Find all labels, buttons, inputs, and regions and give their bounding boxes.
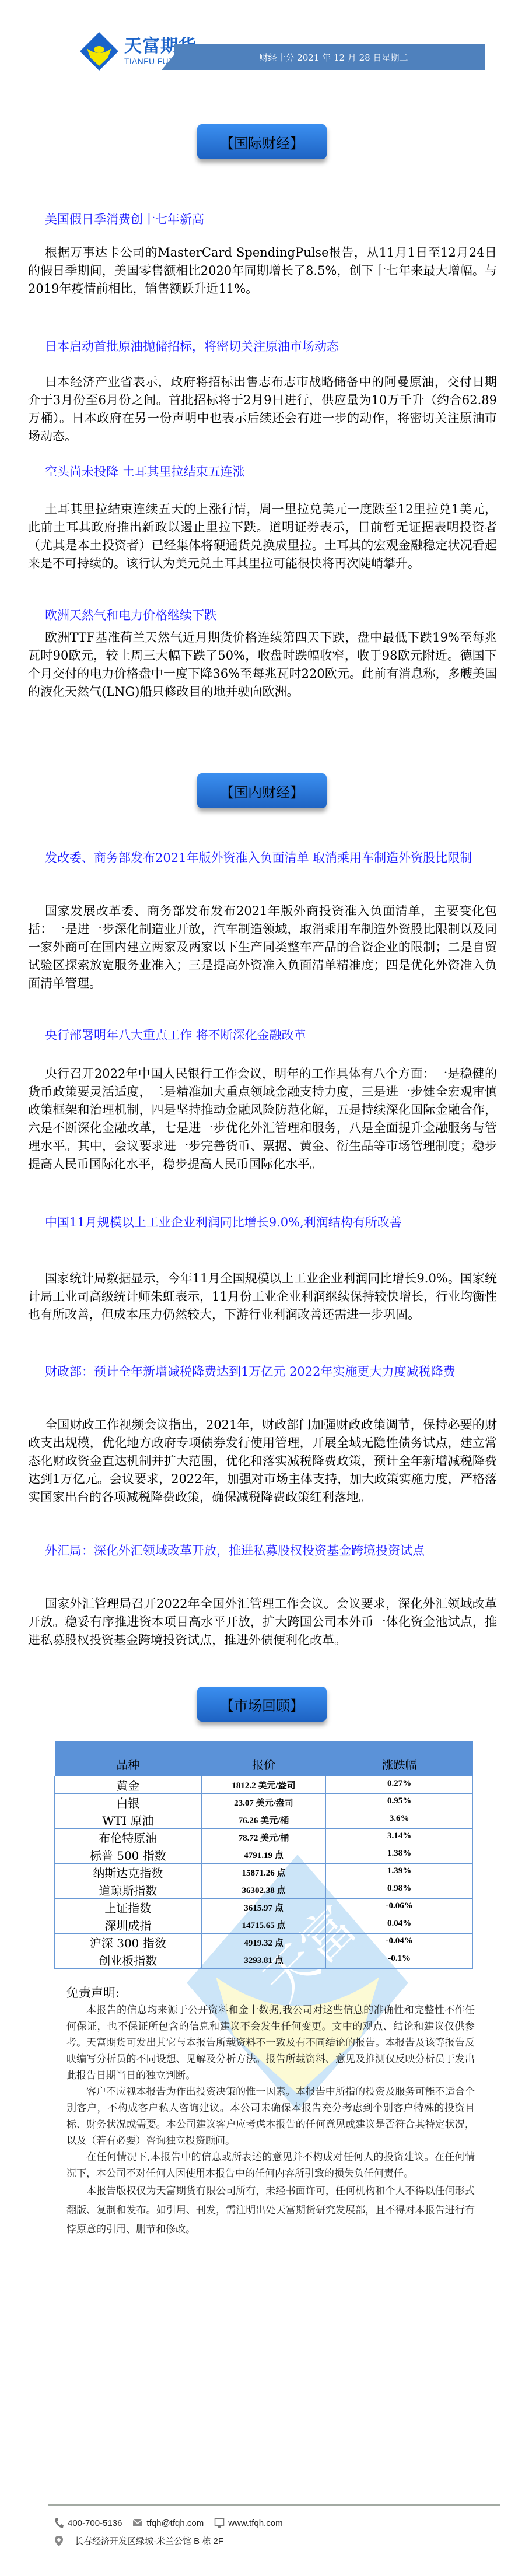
table-row: 沪深 300 指数4919.32 点-0.04% — [55, 1933, 473, 1951]
article-domestic-2-body: 央行召开2022年中国人民银行工作会议，明年的工作具体有八个方面：一是稳健的货币… — [28, 1065, 497, 1173]
disclaimer-paragraph: 在任何情况下,本报告中的信息或所表述的意见并不构成对任何人的投资建议。在任何情况… — [66, 2149, 475, 2182]
phone-number[interactable]: 400-700-5136 — [68, 2518, 122, 2528]
table-row: 标普 500 指数4791.19 点1.38% — [55, 1846, 473, 1863]
table-row: 上证指数3615.97 点-0.06% — [55, 1898, 473, 1916]
article-domestic-1-body: 国家发展改革委、商务部发布发布2021年版外商投资准入负面清单，主要变化包括：一… — [28, 902, 497, 993]
instrument-price: 76.26 美元/桶 — [201, 1811, 326, 1828]
instrument-change: -0.1% — [326, 1951, 473, 1968]
instrument-name: WTI 原油 — [55, 1811, 202, 1828]
section-title-international: 【国际财经】 — [197, 124, 327, 159]
table-row: 纳斯达克指数15871.26 点1.39% — [55, 1863, 473, 1881]
article-international-1-body: 根据万事达卡公司的MasterCard SpendingPulse报告，从11月… — [28, 244, 497, 298]
footer-divider — [48, 2504, 501, 2506]
logo-diamond-icon — [79, 31, 120, 72]
instrument-change: 3.6% — [326, 1811, 473, 1828]
instrument-name: 黄金 — [55, 1776, 202, 1793]
instrument-name: 布伦特原油 — [55, 1828, 202, 1846]
website-link[interactable]: www.tfqh.com — [228, 2518, 282, 2528]
article-international-2: 日本启动首批原油抛储招标，将密切关注原油市场动态 — [28, 337, 497, 356]
article-international-1: 美国假日季消费创十七年新高 — [28, 210, 278, 229]
table-row: WTI 原油76.26 美元/桶3.6% — [55, 1811, 473, 1828]
table-row: 白银23.07 美元/盎司0.95% — [55, 1793, 473, 1811]
article-body: 国家外汇管理局召开2022年全国外汇管理工作会议。会议要求，深化外汇领域改革开放… — [28, 1595, 497, 1649]
article-body: 央行召开2022年中国人民银行工作会议，明年的工作具体有八个方面：一是稳健的货币… — [28, 1065, 497, 1173]
footer-email: tfqh@tfqh.com — [132, 2517, 204, 2529]
instrument-change: 1.39% — [326, 1863, 473, 1881]
disclaimer-paragraph: 客户不应视本报告为作出投资决策的惟一因素。本报告中所指的投资及服务可能不适合个别… — [66, 2084, 475, 2149]
disclaimer-title: 免责声明: — [66, 1985, 475, 2001]
address-text: 长春经济开发区绿城·米兰公馆 B 栋 2F — [75, 2535, 223, 2547]
article-headline: 外汇局：深化外汇领域改革开放，推进私募股权投资基金跨境投资试点 — [28, 1541, 497, 1560]
article-domestic-5: 外汇局：深化外汇领域改革开放，推进私募股权投资基金跨境投资试点 — [28, 1541, 497, 1560]
article-international-2-body: 日本经济产业省表示，政府将招标出售志布志市战略储备中的阿曼原油，交付日期介于3月… — [28, 373, 497, 446]
instrument-price: 4791.19 点 — [201, 1846, 326, 1863]
article-body: 国家统计局数据显示，今年11月全国规模以上工业企业利润同比增长9.0%。国家统计… — [28, 1270, 497, 1324]
instrument-name: 上证指数 — [55, 1898, 202, 1916]
email-link[interactable]: tfqh@tfqh.com — [146, 2518, 204, 2528]
article-body: 土耳其里拉结束连续五天的上涨行情，周一里拉兑美元一度跌至12里拉兑1美元，此前土… — [28, 500, 497, 573]
instrument-price: 1812.2 美元/盎司 — [201, 1776, 326, 1793]
section-title-domestic: 【国内财经】 — [197, 773, 327, 808]
disclaimer: 免责声明: 本报告的信息均来源于公开资料和金十数据,我公司对这些信息的准确性和完… — [66, 1985, 475, 2239]
article-domestic-2: 央行部署明年八大重点工作 将不断深化金融改革 — [28, 1026, 497, 1045]
location-pin-icon — [54, 2535, 64, 2547]
instrument-name: 创业板指数 — [55, 1951, 202, 1968]
disclaimer-paragraph: 本报告版权仅为天富期货有限公司所有，未经书面许可，任何机构和个人不得以任何形式翻… — [66, 2182, 475, 2239]
instrument-price: 23.07 美元/盎司 — [201, 1793, 326, 1811]
article-international-4-body: 欧洲TTF基准荷兰天然气近月期货价格连续第四天下跌，盘中最低下跌19%至每兆瓦时… — [28, 629, 497, 701]
instrument-price: 3293.81 点 — [201, 1951, 326, 1968]
footer-contacts: 400-700-5136 tfqh@tfqh.com www.tfqh.com — [54, 2517, 293, 2529]
column-header-name: 品种 — [55, 1741, 202, 1776]
footer-phone: 400-700-5136 — [54, 2517, 122, 2529]
article-domestic-3: 中国11月规模以上工业企业利润同比增长9.0%,利润结构有所改善 — [28, 1213, 497, 1232]
article-headline: 美国假日季消费创十七年新高 — [28, 210, 497, 229]
instrument-change: -0.04% — [326, 1933, 473, 1951]
instrument-price: 3615.97 点 — [201, 1898, 326, 1916]
instrument-change: 0.98% — [326, 1881, 473, 1898]
article-domestic-5-body: 国家外汇管理局召开2022年全国外汇管理工作会议。会议要求，深化外汇领域改革开放… — [28, 1595, 497, 1649]
instrument-change: 0.04% — [326, 1916, 473, 1933]
instrument-price: 4919.32 点 — [201, 1933, 326, 1951]
article-headline: 欧洲天然气和电力价格继续下跌 — [28, 606, 497, 625]
article-body: 全国财政工作视频会议指出，2021年，财政部门加强财政政策调节，保持必要的财政支… — [28, 1416, 497, 1506]
instrument-change: 0.95% — [326, 1793, 473, 1811]
instrument-price: 15871.26 点 — [201, 1863, 326, 1881]
instrument-name: 沪深 300 指数 — [55, 1933, 202, 1951]
instrument-change: 3.14% — [326, 1828, 473, 1846]
article-domestic-4: 财政部：预计全年新增减税降费达到1万亿元 2022年实施更大力度减税降费 — [28, 1362, 497, 1381]
article-headline: 中国11月规模以上工业企业利润同比增长9.0%,利润结构有所改善 — [28, 1213, 497, 1232]
disclaimer-paragraph: 本报告的信息均来源于公开资料和金十数据,我公司对这些信息的准确性和完整性不作任何… — [66, 2002, 475, 2084]
table-row: 深圳成指14715.65 点0.04% — [55, 1916, 473, 1933]
monitor-icon — [214, 2517, 225, 2529]
instrument-name: 标普 500 指数 — [55, 1846, 202, 1863]
column-header-change: 涨跌幅 — [326, 1741, 473, 1776]
table-header-row: 品种 报价 涨跌幅 — [55, 1741, 473, 1776]
article-headline: 央行部署明年八大重点工作 将不断深化金融改革 — [28, 1026, 497, 1045]
article-international-3-body: 土耳其里拉结束连续五天的上涨行情，周一里拉兑美元一度跌至12里拉兑1美元，此前土… — [28, 500, 497, 573]
phone-icon — [54, 2517, 64, 2529]
footer-website: www.tfqh.com — [214, 2517, 282, 2529]
instrument-price: 78.72 美元/桶 — [201, 1828, 326, 1846]
article-domestic-1: 发改委、商务部发布2021年版外资准入负面清单 取消乘用车制造外资股比限制 — [28, 849, 497, 867]
instrument-change: 0.27% — [326, 1776, 473, 1793]
article-headline: 财政部：预计全年新增减税降费达到1万亿元 2022年实施更大力度减税降费 — [28, 1362, 497, 1381]
article-body: 欧洲TTF基准荷兰天然气近月期货价格连续第四天下跌，盘中最低下跌19%至每兆瓦时… — [28, 629, 497, 701]
column-header-price: 报价 — [201, 1741, 326, 1776]
article-body: 日本经济产业省表示，政府将招标出售志布志市战略储备中的阿曼原油，交付日期介于3月… — [28, 373, 497, 446]
article-domestic-4-body: 全国财政工作视频会议指出，2021年，财政部门加强财政政策调节，保持必要的财政支… — [28, 1416, 497, 1506]
table-row: 道琼斯指数36302.38 点0.98% — [55, 1881, 473, 1898]
instrument-price: 36302.38 点 — [201, 1881, 326, 1898]
instrument-price: 14715.65 点 — [201, 1916, 326, 1933]
email-icon — [132, 2517, 143, 2529]
section-title-market: 【市场回顾】 — [197, 1687, 327, 1722]
table-row: 黄金1812.2 美元/盎司0.27% — [55, 1776, 473, 1793]
footer-address: 长春经济开发区绿城·米兰公馆 B 栋 2F — [54, 2535, 223, 2547]
table-row: 创业板指数3293.81 点-0.1% — [55, 1951, 473, 1968]
instrument-change: 1.38% — [326, 1846, 473, 1863]
article-international-3: 空头尚未投降 土耳其里拉结束五连涨 — [28, 462, 497, 481]
date-banner: 财经十分 2021 年 12 月 28 日星期二 — [162, 44, 485, 70]
instrument-name: 深圳成指 — [55, 1916, 202, 1933]
article-body: 根据万事达卡公司的MasterCard SpendingPulse报告，从11月… — [28, 244, 497, 298]
article-domestic-3-body: 国家统计局数据显示，今年11月全国规模以上工业企业利润同比增长9.0%。国家统计… — [28, 1270, 497, 1324]
instrument-change: -0.06% — [326, 1898, 473, 1916]
article-headline: 发改委、商务部发布2021年版外资准入负面清单 取消乘用车制造外资股比限制 — [28, 849, 497, 867]
report-header: 天富期货 TIANFU FUTURES 财经十分 2021 年 12 月 28 … — [0, 0, 525, 70]
instrument-name: 纳斯达克指数 — [55, 1863, 202, 1881]
instrument-name: 道琼斯指数 — [55, 1881, 202, 1898]
article-headline: 空头尚未投降 土耳其里拉结束五连涨 — [28, 462, 497, 481]
market-review-table: 品种 报价 涨跌幅 黄金1812.2 美元/盎司0.27%白银23.07 美元/… — [54, 1741, 473, 1969]
table-row: 布伦特原油78.72 美元/桶3.14% — [55, 1828, 473, 1846]
article-headline: 日本启动首批原油抛储招标，将密切关注原油市场动态 — [28, 337, 497, 356]
instrument-name: 白银 — [55, 1793, 202, 1811]
article-body: 国家发展改革委、商务部发布发布2021年版外商投资准入负面清单，主要变化包括：一… — [28, 902, 497, 993]
article-international-4: 欧洲天然气和电力价格继续下跌 — [28, 606, 497, 625]
